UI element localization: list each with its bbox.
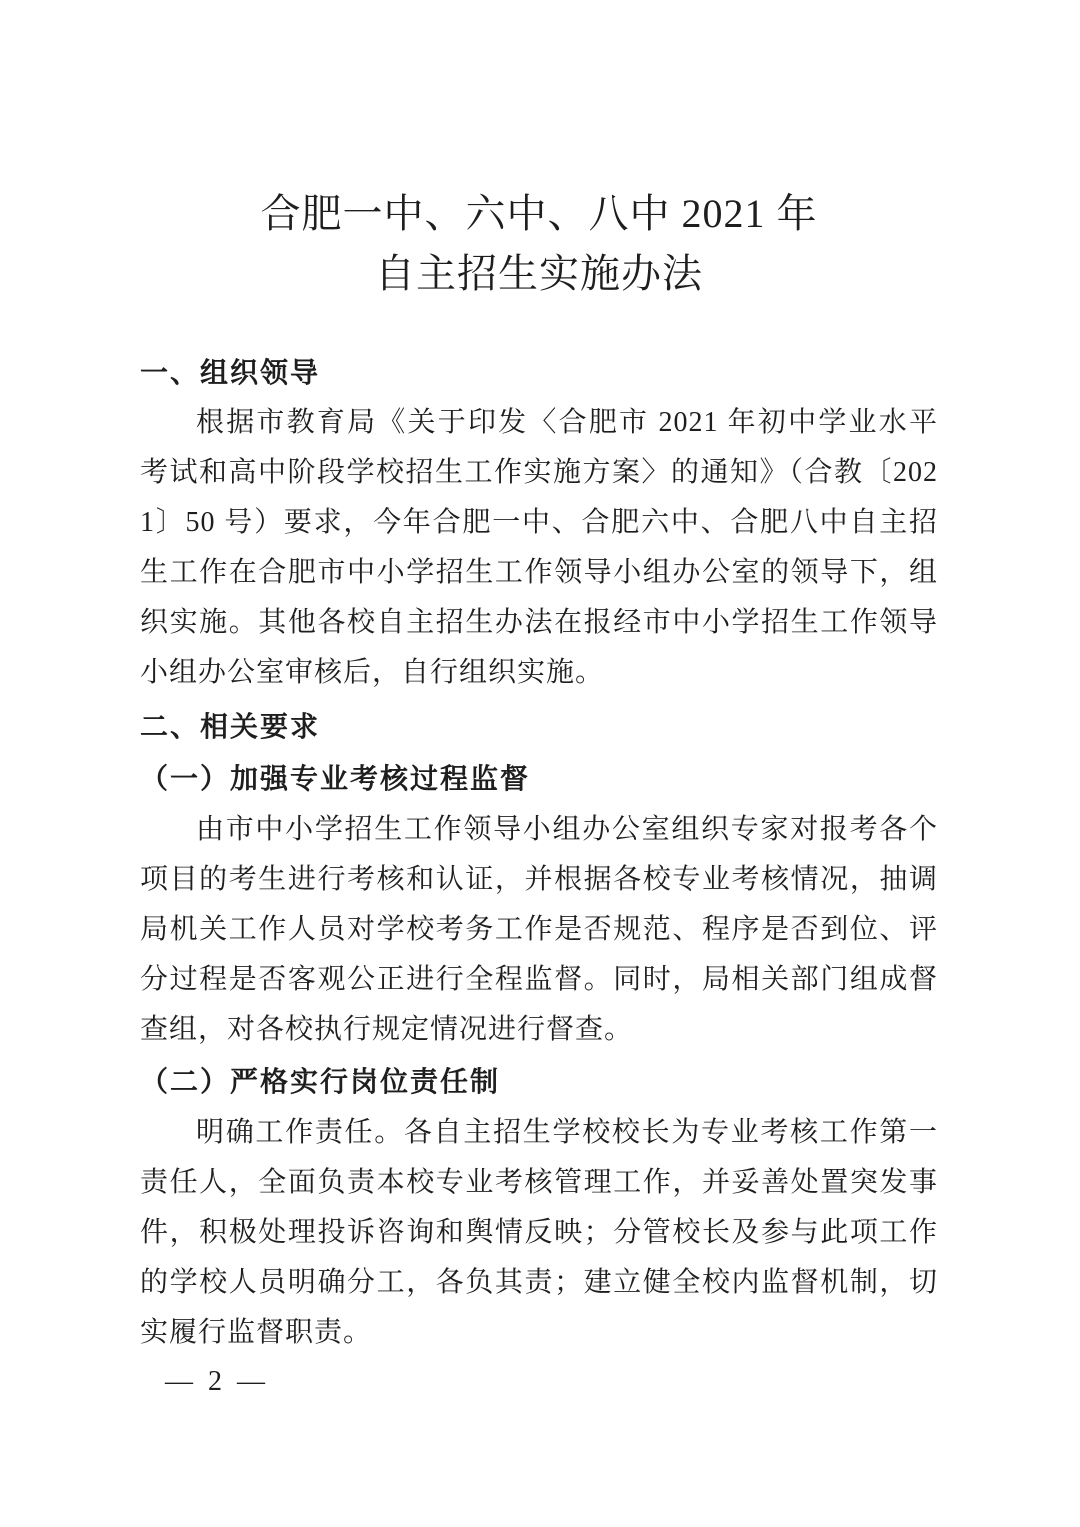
- paragraph-organization-leadership: 根据市教育局《关于印发〈合肥市 2021 年初中学业水平考试和高中阶段学校招生工…: [140, 398, 938, 698]
- page-number: — 2 —: [165, 1365, 269, 1399]
- subsection-heading-post-responsibility-system: （二）严格实行岗位责任制: [140, 1058, 938, 1108]
- paragraph-post-responsibility-system: 明确工作责任。各自主招生学校校长为专业考核工作第一责任人，全面负责本校专业考核管…: [140, 1108, 938, 1358]
- section-heading-organization-leadership: 一、组织领导: [140, 348, 938, 398]
- paragraph-strengthen-assessment-supervision: 由市中小学招生工作领导小组办公室组织专家对报考各个项目的考生进行考核和认证，并根…: [140, 805, 938, 1055]
- document-page: 合肥一中、六中、八中 2021 年 自主招生实施办法 一、组织领导 根据市教育局…: [0, 0, 1080, 1527]
- document-title-line1: 合肥一中、六中、八中 2021 年: [140, 184, 938, 244]
- document-title: 合肥一中、六中、八中 2021 年 自主招生实施办法: [140, 184, 938, 304]
- section-heading-related-requirements: 二、相关要求: [140, 702, 938, 752]
- document-title-line2: 自主招生实施办法: [140, 244, 938, 304]
- subsection-heading-strengthen-assessment-supervision: （一）加强专业考核过程监督: [140, 755, 938, 805]
- document-body: 合肥一中、六中、八中 2021 年 自主招生实施办法 一、组织领导 根据市教育局…: [140, 0, 938, 1358]
